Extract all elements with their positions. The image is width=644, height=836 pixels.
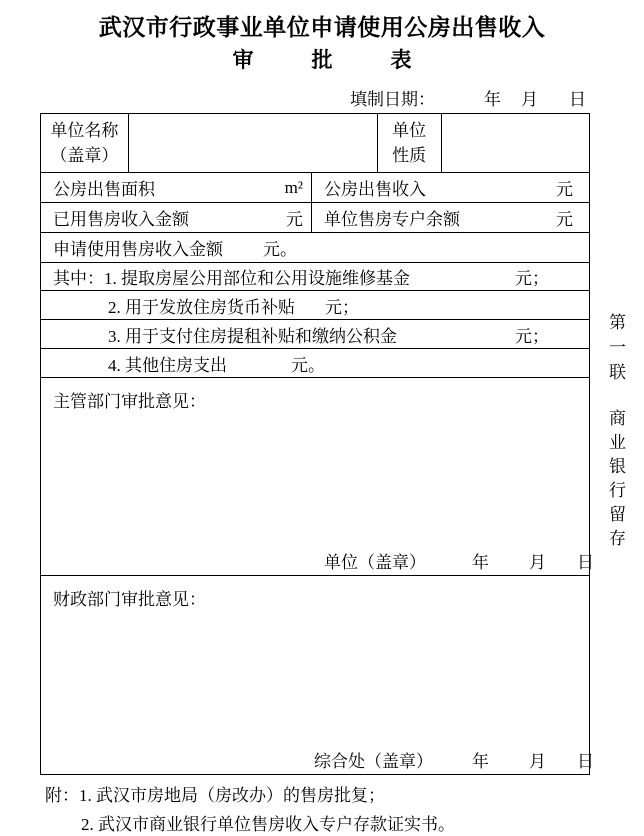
breakdown-item3-label: 3. 用于支付住房提租补贴和缴纳公积金	[108, 322, 397, 347]
sale-area-cell: 公房出售面积 m²	[41, 173, 312, 202]
table-row-dept-opinion: 主管部门审批意见： 单位（盖章） 年 月 日	[41, 378, 589, 576]
attachment-note-1: 附： 1. 武汉市房地局（房改办）的售房批复；	[45, 781, 455, 810]
account-balance-label: 单位售房专户余额	[324, 205, 460, 230]
finance-sign-year: 年	[472, 747, 489, 772]
breakdown-item3-cell: 3. 用于支付住房提租补贴和缴纳公积金 元；	[41, 320, 589, 348]
breakdown-item2-label: 2. 用于发放住房货币补贴	[108, 293, 295, 318]
copy-number-strip: 第一联	[603, 313, 628, 388]
breakdown-item1-label: 1. 提取房屋公用部位和公用设施维修基金	[104, 264, 410, 289]
attachment-prefix: 附：	[45, 781, 79, 810]
dept-sign-month: 月	[529, 548, 546, 573]
finance-opinion-sign-line: 综合处（盖章） 年 月 日	[41, 747, 589, 767]
unit-type-label-line2: 性质	[392, 143, 426, 168]
used-amount-label: 已用售房收入金额	[53, 205, 189, 230]
table-row-finance-opinion: 财政部门审批意见： 综合处（盖章） 年 月 日	[41, 576, 589, 774]
dept-opinion-title: 主管部门审批意见：	[53, 387, 577, 412]
table-row-breakdown-1: 其中： 1. 提取房屋公用部位和公用设施维修基金 元；	[41, 263, 589, 291]
account-balance-unit: 元	[556, 205, 573, 230]
finance-sign-day: 日	[577, 747, 594, 772]
breakdown-item4-cell: 4. 其他住房支出 元。	[41, 349, 589, 377]
apply-amount-unit: 元。	[263, 235, 297, 260]
table-row-used-balance: 已用售房收入金额 元 单位售房专户余额 元	[41, 203, 589, 233]
attachment-notes: 附： 1. 武汉市房地局（房改办）的售房批复； 2. 武汉市商业银行单位售房收入…	[45, 781, 455, 836]
sale-area-label: 公房出售面积	[53, 175, 155, 200]
fill-date-month: 月	[521, 85, 538, 110]
account-balance-cell: 单位售房专户余额 元	[312, 203, 589, 232]
apply-amount-cell: 申请使用售房收入金额 元。	[41, 233, 589, 262]
dept-sign-year: 年	[472, 548, 489, 573]
dept-sign-day: 日	[577, 548, 594, 573]
approval-form-page: 武汉市行政事业单位申请使用公房出售收入 审批表 填制日期： 年 月 日 单位名称…	[0, 0, 644, 836]
unit-type-label-cell: 单位 性质	[378, 114, 442, 172]
attachment-note-2: 2. 武汉市商业银行单位售房收入专户存款证实书。	[45, 810, 455, 836]
form-subtitle-row: 审批表	[0, 44, 644, 74]
used-amount-cell: 已用售房收入金额 元	[41, 203, 312, 232]
finance-opinion-area[interactable]: 财政部门审批意见： 综合处（盖章） 年 月 日	[41, 576, 589, 774]
dept-opinion-sign-line: 单位（盖章） 年 月 日	[41, 548, 589, 568]
table-row-breakdown-4: 4. 其他住房支出 元。	[41, 349, 589, 378]
unit-name-label-line1: 单位名称	[50, 118, 118, 143]
table-row-sale-area-income: 公房出售面积 m² 公房出售收入 元	[41, 173, 589, 203]
breakdown-item3-unit: 元；	[515, 322, 549, 347]
dept-opinion-area[interactable]: 主管部门审批意见： 单位（盖章） 年 月 日	[41, 378, 589, 575]
attachment-item2: 2. 武汉市商业银行单位售房收入专户存款证实书。	[81, 810, 455, 836]
sale-income-cell: 公房出售收入 元	[312, 173, 589, 202]
unit-name-label-line2: （盖章）	[50, 143, 118, 168]
fill-date-label: 填制日期：	[350, 85, 435, 110]
breakdown-prefix: 其中：	[53, 264, 104, 289]
unit-type-input-area[interactable]	[442, 114, 589, 172]
breakdown-item4-unit: 元。	[291, 351, 325, 376]
approval-table: 单位名称 （盖章） 单位 性质 公房出售面积 m² 公房出售收入 元	[40, 113, 590, 775]
copy-holder-strip: 商业银行留存	[603, 409, 628, 553]
fill-date-line: 填制日期： 年 月 日	[0, 85, 644, 105]
sale-income-label: 公房出售收入	[324, 175, 426, 200]
unit-name-input-area[interactable]	[129, 114, 378, 172]
breakdown-item2-cell: 2. 用于发放住房货币补贴 元；	[41, 291, 589, 319]
finance-sign-label: 综合处（盖章）	[314, 747, 433, 772]
form-title: 武汉市行政事业单位申请使用公房出售收入	[0, 9, 644, 42]
attachment-item1: 1. 武汉市房地局（房改办）的售房批复；	[79, 781, 385, 810]
breakdown-item2-unit: 元；	[325, 293, 359, 318]
breakdown-item1-unit: 元；	[515, 264, 549, 289]
unit-name-label-cell: 单位名称 （盖章）	[41, 114, 129, 172]
breakdown-item1-cell: 其中： 1. 提取房屋公用部位和公用设施维修基金 元；	[41, 263, 589, 290]
table-row-breakdown-3: 3. 用于支付住房提租补贴和缴纳公积金 元；	[41, 320, 589, 349]
fill-date-year: 年	[484, 85, 501, 110]
apply-amount-label: 申请使用售房收入金额	[53, 235, 223, 260]
breakdown-item4-label: 4. 其他住房支出	[108, 351, 227, 376]
table-row-apply-amount: 申请使用售房收入金额 元。	[41, 233, 589, 263]
form-subtitle: 审批表	[175, 48, 470, 72]
used-amount-unit: 元	[286, 205, 303, 230]
unit-type-label-line1: 单位	[392, 118, 426, 143]
fill-date-day: 日	[569, 85, 586, 110]
dept-sign-label: 单位（盖章）	[324, 548, 426, 573]
finance-opinion-title: 财政部门审批意见：	[53, 585, 577, 610]
table-row-unit-info: 单位名称 （盖章） 单位 性质	[41, 114, 589, 173]
sale-area-unit: m²	[285, 178, 303, 198]
table-row-breakdown-2: 2. 用于发放住房货币补贴 元；	[41, 291, 589, 320]
finance-sign-month: 月	[529, 747, 546, 772]
sale-income-unit: 元	[556, 175, 573, 200]
